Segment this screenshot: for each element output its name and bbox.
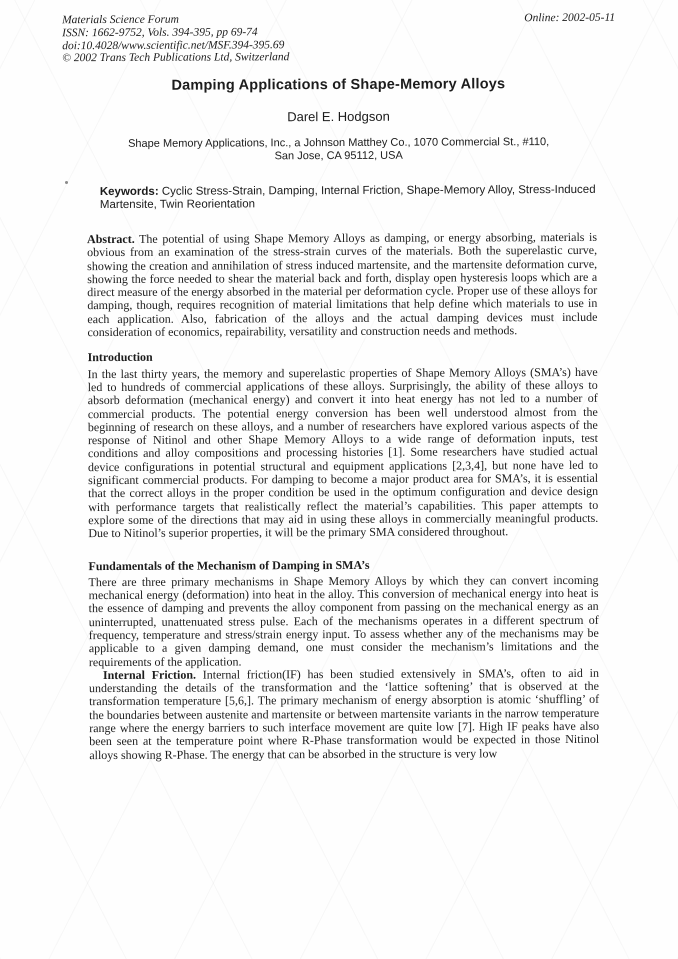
keywords-text: Cyclic Stress-Strain, Damping, Internal … bbox=[100, 184, 596, 211]
doi-line: doi:10.4028/www.scientific.net/MSF.394-3… bbox=[62, 39, 289, 53]
abstract-paragraph: Abstract. The potential of using Shape M… bbox=[87, 231, 597, 340]
introduction-paragraph: In the last thirty years, the memory and… bbox=[88, 366, 599, 541]
affiliation-line-2: San Jose, CA 95112, USA bbox=[0, 148, 678, 164]
online-date: Online: 2002-05-11 bbox=[524, 12, 615, 25]
scanned-paper-page: Materials Science Forum ISSN: 1662-9752,… bbox=[0, 0, 678, 959]
internal-friction-text: Internal friction(IF) has been studied e… bbox=[89, 666, 599, 762]
section-heading-fundamentals: Fundamentals of the Mechanism of Damping… bbox=[88, 557, 598, 573]
affiliation: Shape Memory Applications, Inc., a Johns… bbox=[0, 136, 678, 164]
fundamentals-paragraph: There are three primary mechanisms in Sh… bbox=[89, 574, 599, 669]
keywords-label: Keywords: bbox=[100, 186, 159, 198]
internal-friction-paragraph: Internal Friction. Internal friction(IF)… bbox=[89, 667, 599, 762]
copyright-line: © 2002 Trans Tech Publications Ltd, Swit… bbox=[62, 52, 289, 66]
journal-header-left: Materials Science Forum ISSN: 1662-9752,… bbox=[62, 13, 289, 65]
issn-line: ISSN: 1662-9752, Vols. 394-395, pp 69-74 bbox=[62, 26, 289, 40]
author-name: Darel E. Hodgson bbox=[0, 108, 678, 126]
paper-title: Damping Applications of Shape-Memory All… bbox=[0, 76, 677, 95]
internal-friction-label: Internal Friction. bbox=[103, 668, 196, 682]
section-heading-introduction: Introduction bbox=[88, 349, 598, 365]
keywords-block: Keywords: Cyclic Stress-Strain, Damping,… bbox=[100, 184, 612, 212]
scan-artifact-dot bbox=[65, 181, 68, 184]
abstract-text: The potential of using Shape Memory Allo… bbox=[87, 230, 597, 339]
journal-title: Materials Science Forum bbox=[62, 13, 289, 27]
abstract-label: Abstract. bbox=[87, 232, 135, 246]
journal-header: Materials Science Forum ISSN: 1662-9752,… bbox=[0, 0, 677, 66]
page-content: Materials Science Forum ISSN: 1662-9752,… bbox=[0, 0, 678, 762]
